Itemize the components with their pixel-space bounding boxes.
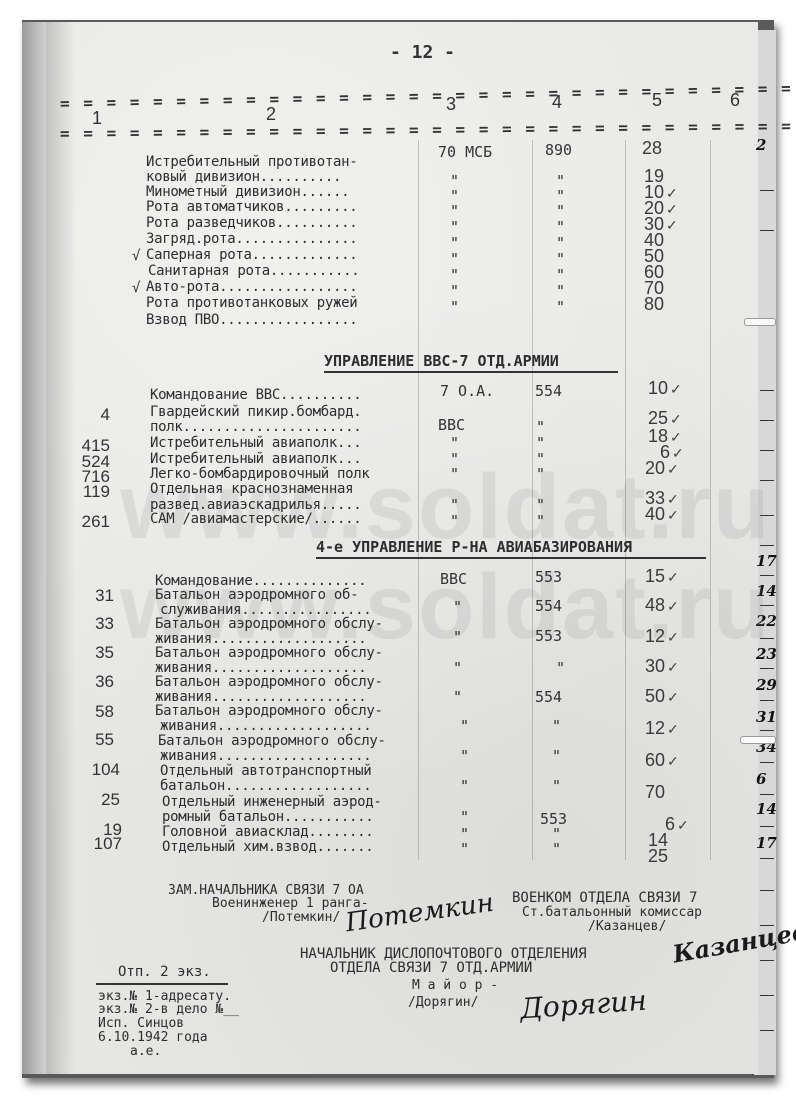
col5-value: 10✓ [648,378,682,399]
unit-name: живания................... [160,749,371,763]
unit-name: Батальон аэродромного обслу- [155,617,383,631]
typist-initials: а.е. [130,1045,161,1058]
check-mark-icon: ✓ [667,753,679,769]
distribution-line: экз.№ 2-в дело №__ [98,1003,239,1016]
col3-value: " [453,659,462,677]
unit-name: служивания................ [160,603,371,617]
signatory-name: /Потемкин/ [262,911,340,924]
col5-value: 12✓ [645,718,679,739]
col5-value: 60✓ [645,750,679,771]
col4-value: 890 [545,141,572,159]
unit-number: 33 [54,614,114,634]
signatory-rank: Ст.батальонный комиссар [522,906,702,919]
unit-name: полк...................... [150,420,361,434]
col3-value: " [460,747,469,765]
check-mark-icon: √ [132,280,140,296]
unit-name: Командование.............. [155,574,366,588]
unit-name: живания................... [155,632,366,646]
col3-value: ВВС [440,570,467,588]
col4-value: " [552,777,561,795]
unit-name: Батальон аэродромного обслу- [155,646,383,660]
col5-value: 70 [645,782,665,803]
unit-name: Головной авиасклад........ [162,825,373,839]
page-fold-shadow [46,22,76,1074]
margin-number: 14 [756,800,777,818]
page-number: - 12 - [390,42,455,63]
signatory-title: ВОЕНКОМ ОТДЕЛА СВЯЗИ 7 [512,892,697,905]
unit-number: 104 [60,760,120,780]
col5-value: 40✓ [645,504,679,525]
col3-value: " [460,808,469,826]
unit-name: Батальон аэродромного об- [155,588,358,602]
check-mark-icon: ✓ [667,659,679,675]
check-mark-icon: ✓ [670,381,682,397]
col5-value: 48✓ [645,595,679,616]
document-date: 6.10.1942 года [98,1031,208,1044]
col3-value: " [453,688,462,706]
margin-number: 31 [756,708,777,726]
col5-value: 6✓ [665,814,689,835]
unit-name: Отдельный инженерный аэрод- [162,795,381,809]
check-mark-icon: ✓ [667,689,679,705]
col4-value: 554 [535,688,562,706]
unit-name: Отдельная краснознаменная [150,482,353,496]
check-mark-icon: ✓ [667,461,679,477]
col3-value: 70 МСБ [438,143,492,161]
check-mark-icon: ✓ [677,817,689,833]
col4-value: " [536,465,545,483]
check-mark-icon: ✓ [667,598,679,614]
unit-name: Отдельный хим.взвод....... [162,840,373,854]
signatory-rank: М а й о р - [412,979,498,992]
signatory-name: /Казанцев/ [588,920,666,933]
col3-value: " [450,298,459,316]
unit-number: 4 [50,405,110,425]
unit-name: развед.авиаэскадрилья..... [150,498,361,512]
binder-clip [740,736,776,744]
col3-value: " [460,777,469,795]
column-header-1: 1 [92,108,102,129]
col4-value: 554 [535,382,562,400]
unit-name: Санитарная рота........... [148,264,359,278]
unit-number: 25 [60,790,120,810]
col4-value: " [552,717,561,735]
unit-number: 31 [54,586,114,606]
unit-number: 36 [54,672,114,692]
col3-value: " [453,628,462,646]
copies-count: Отп. 2 экз. [118,966,211,979]
section-2-title: УПРАВЛЕНИЕ ВВС-7 ОТД.АРМИИ [324,352,618,373]
col3-value: ВВС [438,416,465,434]
unit-name: Отдельный автотранспортный [160,764,371,778]
unit-name: живания................... [155,661,366,675]
column-header-3: 3 [446,94,456,115]
unit-name: Гвардейский пикир.бомбард. [150,405,361,419]
col4-value: 553 [535,568,562,586]
unit-name: Батальон аэродромного обслу- [155,675,383,689]
check-mark-icon: ✓ [670,411,682,427]
unit-name: Загряд.рота............... [146,232,357,246]
unit-number: 35 [54,643,114,663]
unit-name: живания................... [155,690,366,704]
margin-number: 6 [756,770,766,788]
unit-name: Рота автоматчиков......... [146,200,357,214]
unit-name: Рота разведчиков.......... [146,216,357,230]
unit-name: живания................... [160,719,371,733]
unit-name: Легко-бомбардировочный полк [150,467,369,481]
col4-value: " [536,512,545,530]
check-mark-icon: ✓ [667,629,679,645]
unit-name: Взвод ПВО................. [146,313,357,327]
unit-number: 55 [54,730,114,750]
col4-value: 554 [535,597,562,615]
col3-value: " [460,717,469,735]
col3-value: 7 О.А. [440,382,494,400]
col5-value: 80 [644,294,664,315]
binder-clip [744,318,776,326]
unit-name: САМ /авиамастерские/...... [150,512,361,526]
col4-value: 553 [535,627,562,645]
col4-value: " [556,298,565,316]
unit-name: Истребительный противотан- [146,155,357,169]
margin-number: 2 [756,136,766,154]
margin-number: 17 [756,834,777,852]
col3-value: " [450,465,459,483]
col5-value: 20✓ [645,458,679,479]
check-mark-icon: ✓ [667,569,679,585]
unit-number: 261 [50,512,110,532]
unit-number: 119 [50,482,110,502]
section-3-title: 4-е УПРАВЛЕНИЕ Р-НА АВИАБАЗИРОВАНИЯ [316,538,706,559]
unit-name: Саперная рота............. [146,248,357,262]
col5-value: 50✓ [645,686,679,707]
col4-value: " [556,659,565,677]
unit-name: ромный батальон........... [162,810,373,824]
check-mark-icon: ✓ [667,507,679,523]
executor-name: Исп. Синцов [98,1017,184,1030]
check-mark-icon: ✓ [666,217,678,233]
check-mark-icon: ✓ [667,721,679,737]
col5-value: 12✓ [645,626,679,647]
signatory-name: /Дорягин/ [408,996,478,1009]
check-mark-icon: √ [132,248,140,264]
column-header-2: 2 [266,104,276,125]
col4-value: " [552,747,561,765]
col5-value: 30✓ [645,656,679,677]
column-header-6: 6 [730,90,740,111]
unit-number: 58 [54,702,114,722]
unit-name: батальон.................. [160,779,371,793]
unit-name: Истребительный авиаполк... [150,452,361,466]
unit-name: Батальон аэродромного обслу- [158,734,386,748]
footer-rule [96,983,228,985]
col3-value: " [450,512,459,530]
col5-value: 15✓ [645,566,679,587]
column-header-5: 5 [652,90,662,111]
unit-name: Истребительный авиаполк... [150,436,361,450]
col5-value: 25 [648,846,668,867]
signatory-title: ОТДЕЛА СВЯЗИ 7 ОТД.АРМИИ [330,962,532,975]
unit-name: Минометный дивизион...... [146,185,349,199]
col5-value: 28 [642,138,662,159]
col4-value: " [552,840,561,858]
unit-name: Авто-рота................. [146,280,357,294]
margin-number: 29 [756,676,777,694]
unit-name: Рота противотанковых ружей [146,296,357,310]
unit-number: 107 [62,834,122,854]
unit-name: Командование ВВС.......... [150,388,361,402]
unit-name: ковый дивизион.......... [146,170,341,184]
col3-value: " [453,598,462,616]
unit-name: Батальон аэродромного обслу- [155,704,383,718]
col3-value: " [460,840,469,858]
column-header-4: 4 [552,92,562,113]
